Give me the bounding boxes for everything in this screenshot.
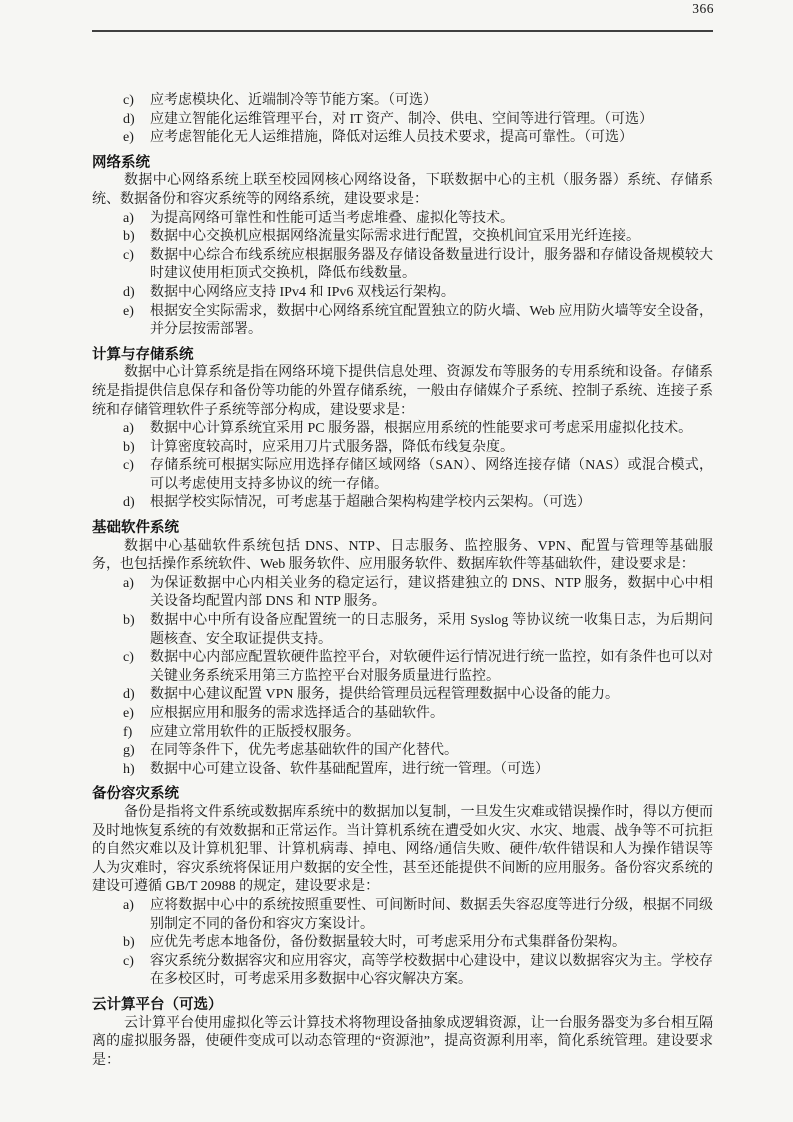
list-item: b) 数据中心中所有设备应配置统一的日志服务，采用 Syslog 等协议统一收集… <box>92 612 713 649</box>
list-marker: e) <box>123 705 134 724</box>
section-heading: 计算与存储系统 <box>92 346 713 365</box>
section-cloud-platform: 云计算平台（可选） 云计算平台使用虚拟化等云计算技术将物理设备抽象成逻辑资源，让… <box>92 996 713 1070</box>
section-paragraph: 数据中心计算系统是指在网络环境下提供信息处理、资源发布等服务的专用系统和设备。存… <box>92 364 713 420</box>
section-list: a) 数据中心计算系统宜采用 PC 服务器，根据应用系统的性能要求可考虑采用虚拟… <box>92 420 713 513</box>
list-item-text: 为保证数据中心内相关业务的稳定运行，建议搭建独立的 DNS、NTP 服务，数据中… <box>150 576 713 610</box>
section-heading: 备份容灾系统 <box>92 785 713 804</box>
list-marker: b) <box>123 228 135 247</box>
list-marker: g) <box>123 742 135 761</box>
list-marker: c) <box>123 649 134 668</box>
list-item: d) 应建立智能化运维管理平台，对 IT 资产、制冷、供电、空间等进行管理。（可… <box>92 111 713 130</box>
list-marker: e) <box>123 129 134 148</box>
list-item-text: 存储系统可根据实际应用选择存储区域网络（SAN）、网络连接存储（NAS）或混合模… <box>150 458 713 492</box>
section-heading: 网络系统 <box>92 154 713 173</box>
leading-list: c) 应考虑模块化、近端制冷等节能方案。（可选） d) 应建立智能化运维管理平台… <box>92 92 713 148</box>
list-marker: f) <box>123 724 132 743</box>
list-item: e) 应考虑智能化无人运维措施，降低对运维人员技术要求，提高可靠性。（可选） <box>92 129 713 148</box>
section-heading: 基础软件系统 <box>92 519 713 538</box>
list-item-text: 计算密度较高时，应采用刀片式服务器，降低布线复杂度。 <box>150 440 514 455</box>
list-item: e) 应根据应用和服务的需求选择适合的基础软件。 <box>92 705 713 724</box>
list-marker: a) <box>123 897 134 916</box>
list-item-text: 在同等条件下，优先考虑基础软件的国产化替代。 <box>150 743 458 758</box>
list-item-text: 数据中心内部应配置软硬件监控平台，对软硬件运行情况进行统一监控，如有条件也可以对… <box>150 650 713 684</box>
section-list: a) 应将数据中心中的系统按照重要性、可间断时间、数据丢失容忍度等进行分级，根据… <box>92 897 713 990</box>
section-heading: 云计算平台（可选） <box>92 996 713 1015</box>
list-item: c) 容灾系统分数据容灾和应用容灾，高等学校数据中心建设中，建议以数据容灾为主。… <box>92 953 713 990</box>
list-marker: b) <box>123 612 135 631</box>
list-marker: a) <box>123 575 134 594</box>
section-list: a) 为提高网络可靠性和性能可适当考虑堆叠、虚拟化等技术。 b) 数据中心交换机… <box>92 210 713 340</box>
list-item: f) 应建立常用软件的正版授权服务。 <box>92 724 713 743</box>
list-item-text: 应根据应用和服务的需求选择适合的基础软件。 <box>150 706 444 721</box>
list-marker: b) <box>123 934 135 953</box>
section-paragraph: 备份是指将文件系统或数据库系统中的数据加以复制，一旦发生灾难或错误操作时，得以方… <box>92 804 713 897</box>
list-marker: d) <box>123 284 135 303</box>
section-list: a) 为保证数据中心内相关业务的稳定运行，建议搭建独立的 DNS、NTP 服务，… <box>92 575 713 780</box>
list-item-text: 为提高网络可靠性和性能可适当考虑堆叠、虚拟化等技术。 <box>150 211 514 226</box>
list-item-text: 应建立智能化运维管理平台，对 IT 资产、制冷、供电、空间等进行管理。（可选） <box>150 112 653 127</box>
list-item-text: 根据学校实际情况，可考虑基于超融合架构构建学校内云架构。（可选） <box>150 495 591 510</box>
list-item: c) 应考虑模块化、近端制冷等节能方案。（可选） <box>92 92 713 111</box>
list-marker: c) <box>123 953 134 972</box>
document-content: c) 应考虑模块化、近端制冷等节能方案。（可选） d) 应建立智能化运维管理平台… <box>92 92 713 1070</box>
section-paragraph: 数据中心网络系统上联至校园网核心网络设备，下联数据中心的主机（服务器）系统、存储… <box>92 172 713 209</box>
list-item-text: 数据中心网络应支持 IPv4 和 IPv6 双栈运行架构。 <box>150 285 455 300</box>
list-item-text: 根据安全实际需求，数据中心网络系统宜配置独立的防火墙、Web 应用防火墙等安全设… <box>150 304 713 338</box>
list-item: b) 数据中心交换机应根据网络流量实际需求进行配置，交换机间宜采用光纤连接。 <box>92 228 713 247</box>
list-item: b) 计算密度较高时，应采用刀片式服务器，降低布线复杂度。 <box>92 439 713 458</box>
list-item-text: 数据中心综合布线系统应根据服务器及存储设备数量进行设计，服务器和存储设备规模较大… <box>150 248 713 282</box>
section-network-system: 网络系统 数据中心网络系统上联至校园网核心网络设备，下联数据中心的主机（服务器）… <box>92 154 713 340</box>
list-item-text: 应建立常用软件的正版授权服务。 <box>150 725 360 740</box>
list-item: b) 应优先考虑本地备份，备份数据量较大时，可考虑采用分布式集群备份架构。 <box>92 934 713 953</box>
list-item-text: 数据中心计算系统宜采用 PC 服务器，根据应用系统的性能要求可考虑采用虚拟化技术… <box>150 421 692 436</box>
list-marker: c) <box>123 247 134 266</box>
list-item: c) 数据中心综合布线系统应根据服务器及存储设备数量进行设计，服务器和存储设备规… <box>92 247 713 284</box>
list-item: a) 应将数据中心中的系统按照重要性、可间断时间、数据丢失容忍度等进行分级，根据… <box>92 897 713 934</box>
list-marker: e) <box>123 303 134 322</box>
list-item: c) 存储系统可根据实际应用选择存储区域网络（SAN）、网络连接存储（NAS）或… <box>92 457 713 494</box>
list-item-text: 数据中心交换机应根据网络流量实际需求进行配置，交换机间宜采用光纤连接。 <box>150 229 640 244</box>
list-item: g) 在同等条件下，优先考虑基础软件的国产化替代。 <box>92 742 713 761</box>
list-item-text: 应优先考虑本地备份，备份数据量较大时，可考虑采用分布式集群备份架构。 <box>150 935 626 950</box>
section-backup-disaster-recovery: 备份容灾系统 备份是指将文件系统或数据库系统中的数据加以复制，一旦发生灾难或错误… <box>92 785 713 990</box>
list-item: a) 为提高网络可靠性和性能可适当考虑堆叠、虚拟化等技术。 <box>92 210 713 229</box>
list-item: c) 数据中心内部应配置软硬件监控平台，对软硬件运行情况进行统一监控，如有条件也… <box>92 649 713 686</box>
list-item: d) 数据中心网络应支持 IPv4 和 IPv6 双栈运行架构。 <box>92 284 713 303</box>
page-number: 366 <box>692 1 714 17</box>
list-marker: c) <box>123 92 134 111</box>
list-item: a) 数据中心计算系统宜采用 PC 服务器，根据应用系统的性能要求可考虑采用虚拟… <box>92 420 713 439</box>
list-marker: a) <box>123 210 134 229</box>
list-item-text: 容灾系统分数据容灾和应用容灾，高等学校数据中心建设中，建议以数据容灾为主。学校存… <box>150 954 713 988</box>
section-paragraph: 云计算平台使用虚拟化等云计算技术将物理设备抽象成逻辑资源，让一台服务器变为多台相… <box>92 1015 713 1071</box>
header-rule <box>92 30 713 32</box>
list-item-text: 应将数据中心中的系统按照重要性、可间断时间、数据丢失容忍度等进行分级，根据不同级… <box>150 898 713 932</box>
section-base-software-system: 基础软件系统 数据中心基础软件系统包括 DNS、NTP、日志服务、监控服务、VP… <box>92 519 713 779</box>
list-marker: a) <box>123 420 134 439</box>
list-marker: c) <box>123 457 134 476</box>
list-marker: d) <box>123 111 135 130</box>
list-item: e) 根据安全实际需求，数据中心网络系统宜配置独立的防火墙、Web 应用防火墙等… <box>92 303 713 340</box>
list-item-text: 应考虑智能化无人运维措施，降低对运维人员技术要求，提高可靠性。（可选） <box>150 130 633 145</box>
list-item-text: 数据中心可建立设备、软件基础配置库，进行统一管理。（可选） <box>150 762 549 777</box>
list-item: d) 数据中心建议配置 VPN 服务，提供给管理员远程管理数据中心设备的能力。 <box>92 686 713 705</box>
list-item-text: 应考虑模块化、近端制冷等节能方案。（可选） <box>150 93 437 108</box>
list-marker: h) <box>123 761 135 780</box>
section-paragraph: 数据中心基础软件系统包括 DNS、NTP、日志服务、监控服务、VPN、配置与管理… <box>92 538 713 575</box>
list-item: a) 为保证数据中心内相关业务的稳定运行，建议搭建独立的 DNS、NTP 服务，… <box>92 575 713 612</box>
section-compute-storage-system: 计算与存储系统 数据中心计算系统是指在网络环境下提供信息处理、资源发布等服务的专… <box>92 346 713 513</box>
list-item: h) 数据中心可建立设备、软件基础配置库，进行统一管理。（可选） <box>92 761 713 780</box>
list-item-text: 数据中心建议配置 VPN 服务，提供给管理员远程管理数据中心设备的能力。 <box>150 687 619 702</box>
list-item: d) 根据学校实际情况，可考虑基于超融合架构构建学校内云架构。（可选） <box>92 494 713 513</box>
list-marker: d) <box>123 494 135 513</box>
list-marker: b) <box>123 439 135 458</box>
list-item-text: 数据中心中所有设备应配置统一的日志服务，采用 Syslog 等协议统一收集日志，… <box>150 613 713 647</box>
list-marker: d) <box>123 686 135 705</box>
